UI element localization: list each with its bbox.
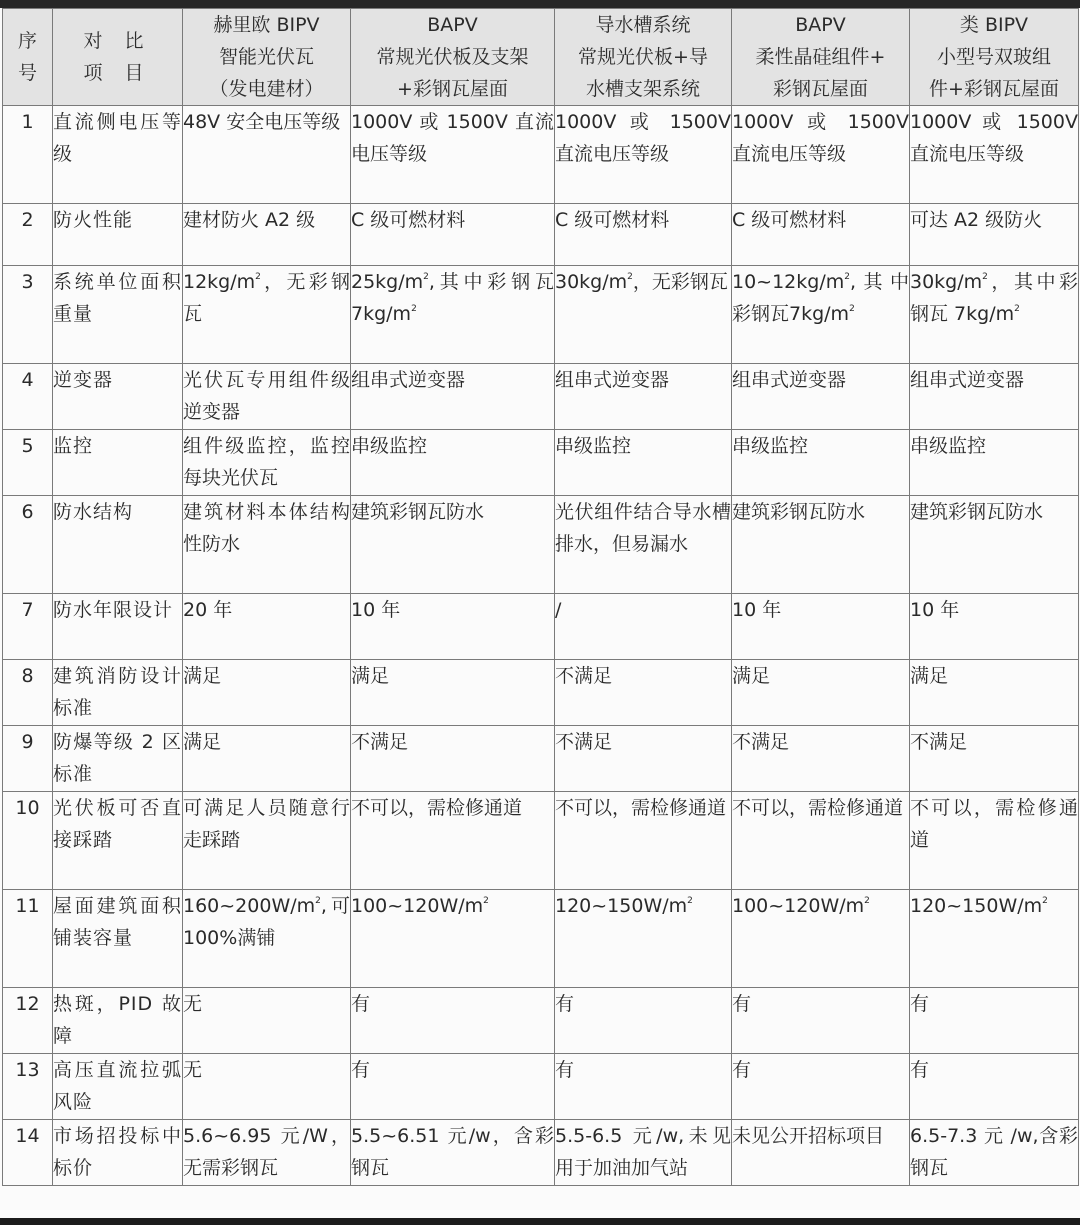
row-item-label: 防水结构	[53, 496, 183, 594]
cell-bapv-conventional: 100~120W/m2	[351, 890, 555, 988]
cell-quasi-bipv: 串级监控	[910, 430, 1079, 496]
row-index: 2	[3, 204, 53, 266]
table-row-5: 5 监控 组件级监控，监控每块光伏瓦 串级监控 串级监控 串级监控 串级监控	[3, 430, 1079, 496]
cell-bapv-flexible: 10~12kg/m2,其中彩钢瓦7kg/m2	[732, 266, 910, 364]
row-item-label: 直流侧电压等级	[53, 106, 183, 204]
cell-quasi-bipv: 组串式逆变器	[910, 364, 1079, 430]
cell-bapv-conventional: C 级可燃材料	[351, 204, 555, 266]
cell-bapv-conventional: 1000V 或 1500V 直流电压等级	[351, 106, 555, 204]
row-item-label: 防火性能	[53, 204, 183, 266]
row-item-label: 建筑消防设计标准	[53, 660, 183, 726]
cell-quasi-bipv: 1000V 或 1500V 直流电压等级	[910, 106, 1079, 204]
row-item-label: 监控	[53, 430, 183, 496]
cell-helio-bipv: 12kg/m2，无彩钢瓦	[183, 266, 351, 364]
row-index: 12	[3, 988, 53, 1054]
row-index: 6	[3, 496, 53, 594]
cell-gutter-system: 光伏组件结合导水槽排水，但易漏水	[555, 496, 732, 594]
row-item-label: 市场招投标中标价	[53, 1120, 183, 1186]
row-index: 1	[3, 106, 53, 204]
cell-helio-bipv: 光伏瓦专用组件级逆变器	[183, 364, 351, 430]
cell-helio-bipv: 组件级监控，监控每块光伏瓦	[183, 430, 351, 496]
cell-bapv-flexible: 不可以，需检修通道	[732, 792, 910, 890]
row-item-label: 屋面建筑面积铺装容量	[53, 890, 183, 988]
table-row-14: 14 市场招投标中标价 5.6~6.95 元/W，无需彩钢瓦 5.5~6.51 …	[3, 1120, 1079, 1186]
cell-helio-bipv: 满足	[183, 660, 351, 726]
cell-helio-bipv: 满足	[183, 726, 351, 792]
row-item-label: 热斑，PID 故障	[53, 988, 183, 1054]
cell-bapv-flexible: 有	[732, 1054, 910, 1120]
header-row: 序 号 对 比 项 目 赫里欧 BIPV 智能光伏瓦 （发电建材） BAPV 常…	[3, 9, 1079, 106]
cell-gutter-system: 不满足	[555, 660, 732, 726]
document-page: 序 号 对 比 项 目 赫里欧 BIPV 智能光伏瓦 （发电建材） BAPV 常…	[0, 8, 1080, 1218]
cell-quasi-bipv: 有	[910, 988, 1079, 1054]
cell-gutter-system: 串级监控	[555, 430, 732, 496]
cell-quasi-bipv: 不满足	[910, 726, 1079, 792]
table-row-2: 2 防火性能 建材防火 A2 级 C 级可燃材料 C 级可燃材料 C 级可燃材料…	[3, 204, 1079, 266]
cell-bapv-flexible: 串级监控	[732, 430, 910, 496]
row-item-label: 防爆等级 2 区标准	[53, 726, 183, 792]
row-index: 7	[3, 594, 53, 660]
cell-bapv-flexible: 满足	[732, 660, 910, 726]
table-row-1: 1 直流侧电压等级 48V 安全电压等级 1000V 或 1500V 直流电压等…	[3, 106, 1079, 204]
cell-bapv-flexible: 1000V 或 1500V 直流电压等级	[732, 106, 910, 204]
row-index: 11	[3, 890, 53, 988]
table-row-6: 6 防水结构 建筑材料本体结构性防水 建筑彩钢瓦防水 光伏组件结合导水槽排水，但…	[3, 496, 1079, 594]
row-item-label: 光伏板可否直接踩踏	[53, 792, 183, 890]
cell-gutter-system: 有	[555, 988, 732, 1054]
row-item-label: 高压直流拉弧风险	[53, 1054, 183, 1120]
cell-bapv-conventional: 有	[351, 1054, 555, 1120]
cell-bapv-flexible: 有	[732, 988, 910, 1054]
cell-gutter-system: 不可以，需检修通道	[555, 792, 732, 890]
table-row-9: 9 防爆等级 2 区标准 满足 不满足 不满足 不满足 不满足	[3, 726, 1079, 792]
table-row-3: 3 系统单位面积重量 12kg/m2，无彩钢瓦 25kg/m2,其中彩钢瓦 7k…	[3, 266, 1079, 364]
column-header-helio-bipv: 赫里欧 BIPV 智能光伏瓦 （发电建材）	[183, 9, 351, 106]
cell-gutter-system: 30kg/m2，无彩钢瓦	[555, 266, 732, 364]
row-item-label: 系统单位面积重量	[53, 266, 183, 364]
row-index: 4	[3, 364, 53, 430]
cell-bapv-conventional: 5.5~6.51 元/w，含彩钢瓦	[351, 1120, 555, 1186]
table-row-13: 13 高压直流拉弧风险 无 有 有 有 有	[3, 1054, 1079, 1120]
cell-gutter-system: 组串式逆变器	[555, 364, 732, 430]
cell-helio-bipv: 5.6~6.95 元/W，无需彩钢瓦	[183, 1120, 351, 1186]
cell-bapv-conventional: 不满足	[351, 726, 555, 792]
row-index: 13	[3, 1054, 53, 1120]
cell-bapv-conventional: 有	[351, 988, 555, 1054]
table-row-11: 11 屋面建筑面积铺装容量 160~200W/m2,可 100%满铺 100~1…	[3, 890, 1079, 988]
cell-helio-bipv: 建材防火 A2 级	[183, 204, 351, 266]
cell-bapv-conventional: 组串式逆变器	[351, 364, 555, 430]
cell-gutter-system: /	[555, 594, 732, 660]
cell-quasi-bipv: 120~150W/m2	[910, 890, 1079, 988]
row-item-label: 防水年限设计	[53, 594, 183, 660]
cell-quasi-bipv: 有	[910, 1054, 1079, 1120]
row-item-label: 逆变器	[53, 364, 183, 430]
cell-gutter-system: 120~150W/m2	[555, 890, 732, 988]
cell-gutter-system: 5.5-6.5 元/w,未见用于加油加气站	[555, 1120, 732, 1186]
cell-gutter-system: 不满足	[555, 726, 732, 792]
cell-bapv-conventional: 串级监控	[351, 430, 555, 496]
cell-helio-bipv: 可满足人员随意行走踩踏	[183, 792, 351, 890]
comparison-table: 序 号 对 比 项 目 赫里欧 BIPV 智能光伏瓦 （发电建材） BAPV 常…	[2, 8, 1079, 1186]
cell-quasi-bipv: 6.5-7.3 元 /w,含彩钢瓦	[910, 1120, 1079, 1186]
table-row-10: 10 光伏板可否直接踩踏 可满足人员随意行走踩踏 不可以，需检修通道 不可以，需…	[3, 792, 1079, 890]
cell-helio-bipv: 建筑材料本体结构性防水	[183, 496, 351, 594]
cell-helio-bipv: 无	[183, 988, 351, 1054]
column-header-bapv-conventional: BAPV 常规光伏板及支架 +彩钢瓦屋面	[351, 9, 555, 106]
row-index: 5	[3, 430, 53, 496]
cell-bapv-conventional: 建筑彩钢瓦防水	[351, 496, 555, 594]
cell-bapv-flexible: 10 年	[732, 594, 910, 660]
row-index: 14	[3, 1120, 53, 1186]
row-index: 9	[3, 726, 53, 792]
cell-quasi-bipv: 建筑彩钢瓦防水	[910, 496, 1079, 594]
cell-quasi-bipv: 不可以，需检修通道	[910, 792, 1079, 890]
cell-bapv-conventional: 满足	[351, 660, 555, 726]
table-row-4: 4 逆变器 光伏瓦专用组件级逆变器 组串式逆变器 组串式逆变器 组串式逆变器 组…	[3, 364, 1079, 430]
table-row-8: 8 建筑消防设计标准 满足 满足 不满足 满足 满足	[3, 660, 1079, 726]
cell-bapv-conventional: 25kg/m2,其中彩钢瓦 7kg/m2	[351, 266, 555, 364]
cell-quasi-bipv: 30kg/m2，其中彩钢瓦 7kg/m2	[910, 266, 1079, 364]
cell-bapv-flexible: 100~120W/m2	[732, 890, 910, 988]
top-dark-band	[0, 0, 1080, 8]
cell-quasi-bipv: 10 年	[910, 594, 1079, 660]
cell-helio-bipv: 20 年	[183, 594, 351, 660]
table-row-12: 12 热斑，PID 故障 无 有 有 有 有	[3, 988, 1079, 1054]
row-index: 3	[3, 266, 53, 364]
column-header-gutter-system: 导水槽系统 常规光伏板+导 水槽支架系统	[555, 9, 732, 106]
cell-quasi-bipv: 满足	[910, 660, 1079, 726]
cell-bapv-conventional: 不可以，需检修通道	[351, 792, 555, 890]
cell-bapv-flexible: 组串式逆变器	[732, 364, 910, 430]
cell-bapv-flexible: 未见公开招标项目	[732, 1120, 910, 1186]
cell-helio-bipv: 无	[183, 1054, 351, 1120]
cell-helio-bipv: 160~200W/m2,可 100%满铺	[183, 890, 351, 988]
cell-bapv-flexible: C 级可燃材料	[732, 204, 910, 266]
column-header-bapv-flexible: BAPV 柔性晶硅组件+ 彩钢瓦屋面	[732, 9, 910, 106]
cell-quasi-bipv: 可达 A2 级防火	[910, 204, 1079, 266]
cell-gutter-system: C 级可燃材料	[555, 204, 732, 266]
index-header: 序 号	[3, 9, 53, 106]
cell-helio-bipv: 48V 安全电压等级	[183, 106, 351, 204]
column-header-quasi-bipv: 类 BIPV 小型号双玻组 件+彩钢瓦屋面	[910, 9, 1079, 106]
row-index: 10	[3, 792, 53, 890]
item-header: 对 比 项 目	[53, 9, 183, 106]
row-index: 8	[3, 660, 53, 726]
cell-bapv-flexible: 不满足	[732, 726, 910, 792]
table-body: 1 直流侧电压等级 48V 安全电压等级 1000V 或 1500V 直流电压等…	[3, 106, 1079, 1186]
cell-gutter-system: 有	[555, 1054, 732, 1120]
cell-gutter-system: 1000V 或 1500V 直流电压等级	[555, 106, 732, 204]
cell-bapv-conventional: 10 年	[351, 594, 555, 660]
bottom-dark-band	[0, 1218, 1080, 1225]
cell-bapv-flexible: 建筑彩钢瓦防水	[732, 496, 910, 594]
table-row-7: 7 防水年限设计 20 年 10 年 / 10 年 10 年	[3, 594, 1079, 660]
